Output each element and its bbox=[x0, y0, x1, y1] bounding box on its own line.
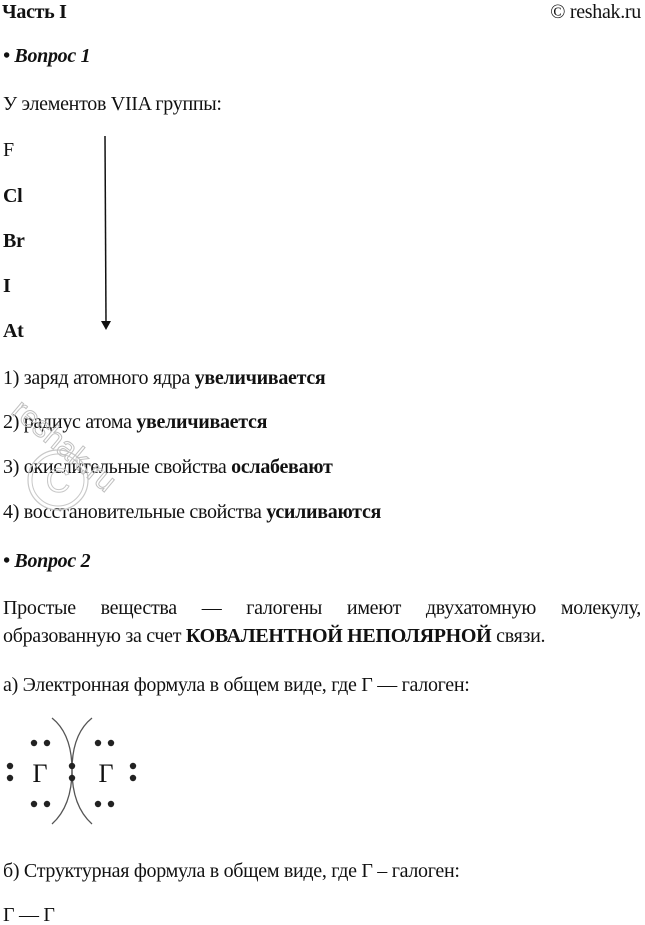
statement-2-text: 2) радиус атома bbox=[3, 411, 136, 433]
paragraph-text-after: связи. bbox=[491, 625, 545, 647]
part-a-label: а) Электронная формула в общем виде, где… bbox=[3, 673, 470, 697]
structural-formula: Г — Г bbox=[3, 903, 55, 925]
statement-4-text: 4) восстановительные свойства bbox=[3, 501, 266, 523]
statement-1-emphasis: увеличивается bbox=[195, 367, 326, 389]
statement-4-emphasis: усиливаются bbox=[266, 501, 381, 523]
question-2-paragraph: Простые вещества — галогены имеют двухат… bbox=[3, 594, 641, 650]
statement-2-emphasis: увеличивается bbox=[136, 411, 267, 433]
paragraph-emphasis: КОВАЛЕНТНОЙ НЕПОЛЯРНОЙ bbox=[186, 625, 492, 647]
statement-3-text: 3) окислительные свойства bbox=[3, 456, 231, 478]
statement-1: 1) заряд атомного ядра увеличивается bbox=[3, 366, 325, 390]
statement-4: 4) восстановительные свойства усиливаютс… bbox=[3, 500, 381, 524]
electron-formula-diagram: Г Г bbox=[0, 712, 150, 830]
copyright-label: © reshak.ru bbox=[550, 0, 641, 24]
question-2-title: • Вопрос 2 bbox=[3, 549, 90, 573]
statement-2: 2) радиус атома увеличивается bbox=[3, 410, 267, 434]
atom-left-symbol: Г bbox=[32, 759, 47, 788]
atom-right-symbol: Г bbox=[98, 759, 113, 788]
part-b-label: б) Структурная формула в общем виде, где… bbox=[3, 859, 460, 883]
down-arrow-icon bbox=[0, 0, 130, 345]
statement-1-text: 1) заряд атомного ядра bbox=[3, 367, 195, 389]
statement-3: 3) окислительные свойства ослабевают bbox=[3, 455, 333, 479]
statement-3-emphasis: ослабевают bbox=[231, 456, 332, 478]
